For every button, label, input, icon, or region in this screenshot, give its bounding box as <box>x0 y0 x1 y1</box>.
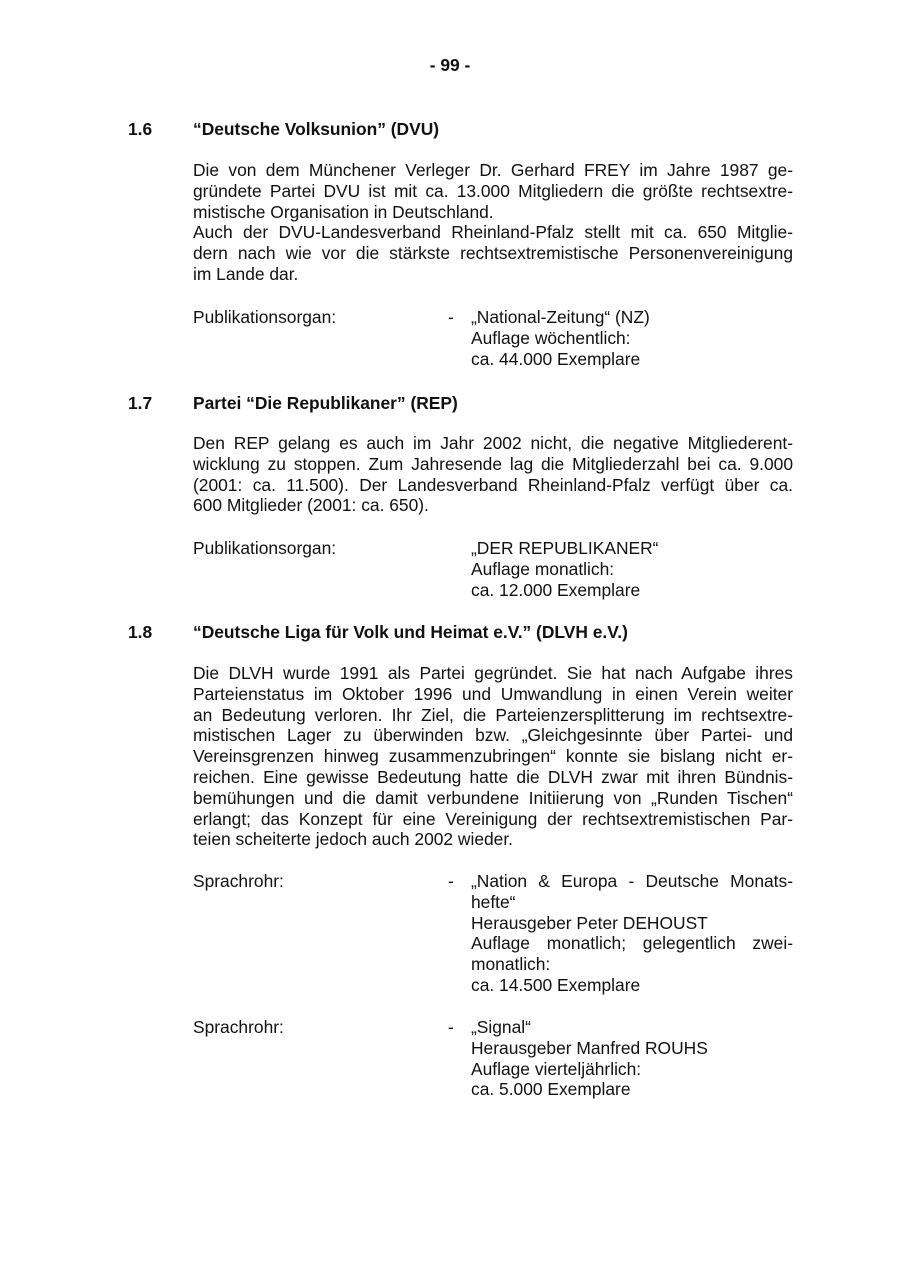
paragraph-line: wicklung zu stoppen. Zum Jahresende lag … <box>193 454 793 475</box>
section-paragraph: Die von dem Münchener Verleger Dr. Gerha… <box>193 160 793 285</box>
publication-label: Publikationsorgan: <box>193 307 336 328</box>
paragraph-line: 600 Mitglieder (2001: ca. 650). <box>193 495 793 516</box>
publication-line: Herausgeber Manfred ROUHS <box>471 1038 793 1059</box>
paragraph-line: Den REP gelang es auch im Jahr 2002 nich… <box>193 433 793 454</box>
paragraph-line: Die von dem Münchener Verleger Dr. Gerha… <box>193 160 793 181</box>
publication-details: „DER REPUBLIKANER“ Auflage monatlich: ca… <box>471 538 793 600</box>
section-heading: 1.6 “Deutsche Volksunion” (DVU) <box>0 119 900 141</box>
list-dash: - <box>448 871 454 892</box>
paragraph-line: Die DLVH wurde 1991 als Partei gegründet… <box>193 663 793 684</box>
publication-line: „Signal“ <box>471 1017 793 1038</box>
section-title: “Deutsche Volksunion” (DVU) <box>193 119 439 140</box>
publication-details: „National-Zeitung“ (NZ) Auflage wöchentl… <box>471 307 793 369</box>
publication-line: Auflage wöchentlich: <box>471 328 793 349</box>
publication-line: Herausgeber Peter DEHOUST <box>471 913 793 934</box>
section-rep: 1.7 Partei “Die Republikaner” (REP) Den … <box>0 393 900 415</box>
publication-line: „DER REPUBLIKANER“ <box>471 538 793 559</box>
section-title: Partei “Die Republikaner” (REP) <box>193 393 458 414</box>
section-paragraph: Den REP gelang es auch im Jahr 2002 nich… <box>193 433 793 516</box>
publication-line: ca. 5.000 Exemplare <box>471 1079 793 1100</box>
paragraph-line: teien scheiterte jedoch auch 2002 wieder… <box>193 829 793 850</box>
paragraph-line: mistischen Lager zu überwinden bzw. „Gle… <box>193 725 793 746</box>
publication-line: monatlich: <box>471 954 793 975</box>
publication-line: Auflage monatlich; gelegentlich zwei- <box>471 933 793 954</box>
section-number: 1.6 <box>128 119 152 140</box>
section-number: 1.8 <box>128 622 152 643</box>
paragraph-line: dern nach wie vor die stärkste rechtsext… <box>193 243 793 264</box>
paragraph-line: (2001: ca. 11.500). Der Landesverband Rh… <box>193 475 793 496</box>
publication-line: Auflage monatlich: <box>471 559 793 580</box>
paragraph-line: Auch der DVU-Landesverband Rheinland-Pfa… <box>193 222 793 243</box>
publication-line: ca. 12.000 Exemplare <box>471 580 793 601</box>
paragraph-line: gründete Partei DVU ist mit ca. 13.000 M… <box>193 181 793 202</box>
paragraph-line: Vereinsgrenzen hinweg zusammenzubringen“… <box>193 746 793 767</box>
section-title: “Deutsche Liga für Volk und Heimat e.V.”… <box>193 622 628 643</box>
paragraph-line: Parteienstatus im Oktober 1996 und Umwan… <box>193 684 793 705</box>
section-dvu: 1.6 “Deutsche Volksunion” (DVU) Die von … <box>0 119 900 141</box>
publication-line: „Nation & Europa - Deutsche Monats- <box>471 871 793 892</box>
section-heading: 1.8 “Deutsche Liga für Volk und Heimat e… <box>0 622 900 644</box>
publication-label: Sprachrohr: <box>193 871 284 892</box>
section-heading: 1.7 Partei “Die Republikaner” (REP) <box>0 393 900 415</box>
publication-details: „Nation & Europa - Deutsche Monats- heft… <box>471 871 793 996</box>
paragraph-line: bemühungen und die damit verbundene Init… <box>193 788 793 809</box>
section-paragraph: Die DLVH wurde 1991 als Partei gegründet… <box>193 663 793 850</box>
paragraph-line: im Lande dar. <box>193 264 793 285</box>
publication-label: Sprachrohr: <box>193 1017 284 1038</box>
publication-line: ca. 14.500 Exemplare <box>471 975 793 996</box>
page-number: - 99 - <box>0 55 900 76</box>
list-dash: - <box>448 307 454 328</box>
publication-details: „Signal“ Herausgeber Manfred ROUHS Aufla… <box>471 1017 793 1100</box>
list-dash: - <box>448 1017 454 1038</box>
publication-line: ca. 44.000 Exemplare <box>471 349 793 370</box>
paragraph-line: mistische Organisation in Deutschland. <box>193 202 793 223</box>
publication-label: Publikationsorgan: <box>193 538 336 559</box>
paragraph-line: erlangt; das Konzept für eine Vereinigun… <box>193 809 793 830</box>
paragraph-line: an Bedeutung verloren. Ihr Ziel, die Par… <box>193 705 793 726</box>
paragraph-line: reichen. Eine gewisse Bedeutung hatte di… <box>193 767 793 788</box>
publication-line: Auflage vierteljährlich: <box>471 1059 793 1080</box>
publication-line: „National-Zeitung“ (NZ) <box>471 307 793 328</box>
section-number: 1.7 <box>128 393 152 414</box>
section-dlvh: 1.8 “Deutsche Liga für Volk und Heimat e… <box>0 622 900 644</box>
publication-line: hefte“ <box>471 892 793 913</box>
